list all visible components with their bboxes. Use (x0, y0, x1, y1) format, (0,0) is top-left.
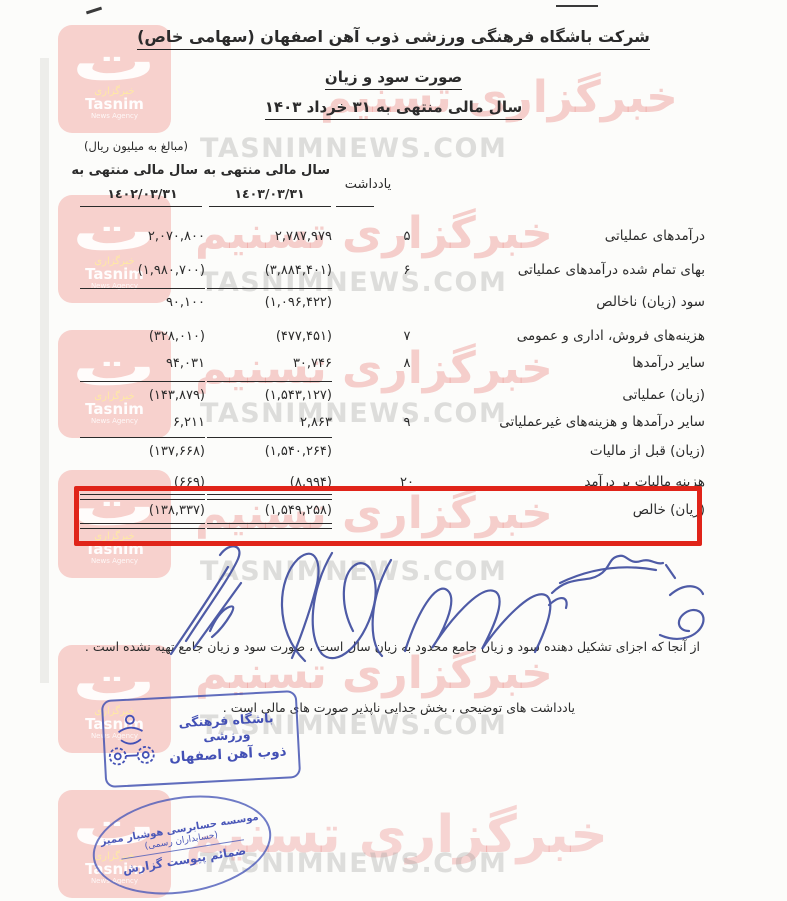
income-statement-table: ۲,۰۷۰,۸۰۰ ۲,۷۸۷,۹۷۹ ۵ درآمدهای عملیاتی (… (75, 222, 705, 542)
note-ref: ۹ (332, 415, 482, 430)
auditor-stamp: موسسه حسابرسی هوشیار ممیز (حسابداران رسم… (86, 784, 279, 901)
note-ref: ۸ (332, 356, 482, 371)
prior-year-value: (۱۴۳,۸۷۹) (75, 388, 205, 403)
note-ref: ۲۰ (332, 475, 482, 490)
row-label: هزینه‌های فروش، اداری و عمومی (482, 328, 705, 344)
row-label: سایر درآمدها و هزینه‌های غیرعملیاتی (482, 414, 705, 430)
table-row: ۹۴,۰۳۱ ۳۰,۷۴۶ ۸ سایر درآمدها (75, 352, 705, 374)
current-year-value: (۱,۵۴۹,۲۵۸) (205, 503, 332, 518)
note-column-header: یادداشت (330, 177, 406, 192)
statement-title: صورت سود و زیان (0, 68, 787, 90)
table-row: (۳۲۸,۰۱۰) (۴۷۷,۴۵۱) ۷ هزینه‌های فروش، اد… (75, 325, 705, 347)
prior-year-value: (۱,۹۸۰,۷۰۰) (75, 263, 205, 278)
club-stamp: باشگاه فرهنگی ورزشی ذوب آهن اصفهان (101, 690, 301, 788)
company-title: شرکت باشگاه فرهنگی ورزشی ذوب آهن اصفهان … (0, 27, 787, 50)
subtotal-line (207, 381, 332, 382)
period-title: سال مالی منتهی به ۳۱ خرداد ۱۴۰۳ (0, 98, 787, 120)
current-year-value: (۱,۰۹۶,۴۲۲) (205, 295, 332, 310)
table-row: (۱۳۷,۶۶۸) (۱,۵۴۰,۲۶۴) (زیان) قبل از مالی… (75, 440, 705, 462)
table-row: ۶,۲۱۱ ۲,۸۶۳ ۹ سایر درآمدها و هزینه‌های غ… (75, 411, 705, 433)
table-row-net-loss: (۱۳۸,۳۳۷) (۱,۵۴۹,۲۵۸) (زیان) خالص (75, 499, 705, 521)
prior-year-value: (۳۲۸,۰۱۰) (75, 329, 205, 344)
prior-year-value: ۶,۲۱۱ (75, 415, 205, 430)
unit-note: (مبالغ به میلیون ریال) (88, 139, 188, 153)
note-ref: ۷ (332, 329, 482, 344)
row-label: (زیان) قبل از مالیات (482, 443, 705, 459)
signature-ink (70, 535, 720, 670)
current-year-value: ۲,۷۸۷,۹۷۹ (205, 229, 332, 244)
row-label: درآمدهای عملیاتی (482, 228, 705, 244)
subtotal-line (80, 288, 205, 289)
prior-year-value: ۲,۰۷۰,۸۰۰ (75, 229, 205, 244)
current-year-value: (۱,۵۴۰,۲۶۴) (205, 444, 332, 459)
club-stamp-line2: ذوب آهن اصفهان (158, 743, 299, 766)
prior-year-value: (۱۳۷,۶۶۸) (75, 444, 205, 459)
table-row: ۲,۰۷۰,۸۰۰ ۲,۷۸۷,۹۷۹ ۵ درآمدهای عملیاتی (75, 225, 705, 247)
prior-year-value: ۹۴,۰۳۱ (75, 356, 205, 371)
prior-year-value: (۶۶۹) (75, 475, 205, 490)
header-underline (336, 206, 374, 207)
table-row: (۱۴۳,۸۷۹) (۱,۵۴۳,۱۲۷) (زیان) عملیاتی (75, 384, 705, 406)
current-year-value: ۳۰,۷۴۶ (205, 356, 332, 371)
subtotal-line (80, 437, 205, 438)
current-year-value: (۴۷۷,۴۵۱) (205, 329, 332, 344)
subtotal-line (207, 288, 332, 289)
prior-year-value: ۹۰,۱۰۰ (75, 295, 205, 310)
current-year-date: ١٤٠٣/٠٣/٣١ (207, 186, 332, 201)
row-label: سایر درآمدها (482, 355, 705, 371)
row-label: بهای تمام شده درآمدهای عملیاتی (482, 262, 705, 278)
header-underline (80, 206, 202, 207)
row-label: (زیان) عملیاتی (482, 387, 705, 403)
total-double-line (207, 523, 332, 529)
current-year-column-header: سال مالی منتهی به (210, 163, 330, 178)
subtotal-line (80, 381, 205, 382)
club-stamp-emblem-icon (103, 708, 158, 777)
row-label: سود (زیان) ناخالص (482, 294, 705, 310)
current-year-value: ۲,۸۶۳ (205, 415, 332, 430)
current-year-value: (۳,۸۸۴,۴۰۱) (205, 263, 332, 278)
subtotal-line (207, 437, 332, 438)
scanned-financial-statement: ت خبرگزاری Tasnim News Agency ت خبرگزاری… (0, 0, 787, 901)
prior-year-value: (۱۳۸,۳۳۷) (75, 503, 205, 518)
note-ref: ۵ (332, 229, 482, 244)
prior-year-date: ١٤٠٢/٠٣/٣١ (80, 186, 205, 201)
prior-year-column-header: سال مالی منتهی به (78, 163, 198, 178)
current-year-value: (۸,۹۹۴) (205, 475, 332, 490)
club-stamp-line1: باشگاه فرهنگی ورزشی (156, 709, 297, 746)
current-year-value: (۱,۵۴۳,۱۲۷) (205, 388, 332, 403)
table-row: ۹۰,۱۰۰ (۱,۰۹۶,۴۲۲) سود (زیان) ناخالص (75, 291, 705, 313)
total-double-line (80, 523, 205, 529)
note-ref: ۶ (332, 263, 482, 278)
table-row: (۱,۹۸۰,۷۰۰) (۳,۸۸۴,۴۰۱) ۶ بهای تمام شده … (75, 259, 705, 281)
table-row: (۶۶۹) (۸,۹۹۴) ۲۰ هزینه مالیات بر درآمد (75, 471, 705, 493)
header-underline (209, 206, 331, 207)
row-label: هزینه مالیات بر درآمد (482, 474, 705, 490)
row-label: (زیان) خالص (482, 502, 705, 518)
